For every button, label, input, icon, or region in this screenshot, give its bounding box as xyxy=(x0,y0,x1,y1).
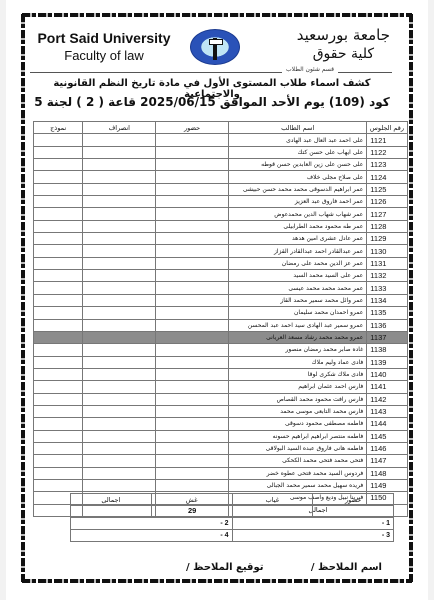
student-name: على احمد عبد العال عبد الهادى xyxy=(229,134,367,146)
table-row: 1135عمرو احمدان محمد سليمان xyxy=(34,307,408,319)
table-row: 1126عمر احمد فاروق عبد العزيز xyxy=(34,196,408,208)
attendance-cell[interactable] xyxy=(156,368,229,380)
exam-details: كود (109) يوم الأحد الموافق 2025/06/15 ق… xyxy=(30,95,394,109)
student-name: فادى عماد وليم ملاك xyxy=(229,356,367,368)
departure-cell[interactable] xyxy=(83,196,156,208)
summary-item-1: 1 - xyxy=(232,518,394,530)
student-name: عمر طه محمود محمد الطرابيلى xyxy=(229,220,367,232)
seat-number: 1136 xyxy=(367,319,408,331)
departure-cell[interactable] xyxy=(83,381,156,393)
student-name: عمر عادل عشرى امين هدهد xyxy=(229,233,367,245)
summary-header-absent: غياب xyxy=(232,494,313,506)
form-cell[interactable] xyxy=(34,134,83,146)
attendance-cell[interactable] xyxy=(156,381,229,393)
seat-number: 1123 xyxy=(367,159,408,171)
departure-cell[interactable] xyxy=(83,344,156,356)
summary-line-2: 3 - 4 - xyxy=(71,530,394,542)
table-row: 1148فردوس السيد محمد فتحى عطوه خضر xyxy=(34,467,408,479)
student-name: على ايهاب على حسن كتك xyxy=(229,146,367,158)
attendance-cell[interactable] xyxy=(156,245,229,257)
summary-present-value xyxy=(313,506,394,518)
form-cell[interactable] xyxy=(34,368,83,380)
form-cell[interactable] xyxy=(34,418,83,430)
table-row: 1149فريده سهيل محمد سمير محمد الجبالى xyxy=(34,479,408,491)
university-name-en: Port Said University xyxy=(34,30,174,46)
summary-item-4: 4 - xyxy=(71,530,233,542)
departure-cell[interactable] xyxy=(83,307,156,319)
border-bottom xyxy=(22,579,412,583)
column-header-attendance: حضور xyxy=(156,122,229,134)
table-row: 1132عمر على السيد محمد السيد xyxy=(34,270,408,282)
university-name-ar: جامعة بورسعيد xyxy=(297,26,390,44)
departure-cell[interactable] xyxy=(83,479,156,491)
lighthouse-top xyxy=(209,39,223,45)
attendance-cell[interactable] xyxy=(156,455,229,467)
arabic-header: جامعة بورسعيد كلية حقوق xyxy=(297,26,390,62)
table-row: 1128عمر طه محمود محمد الطرابيلى xyxy=(34,220,408,232)
form-cell[interactable] xyxy=(34,479,83,491)
departure-cell[interactable] xyxy=(83,245,156,257)
seat-number: 1141 xyxy=(367,381,408,393)
table-row: 1129عمر عادل عشرى امين هدهد xyxy=(34,233,408,245)
table-row: 1127عمر شهاب شهاب الدين محمدعوض xyxy=(34,208,408,220)
attendance-cell[interactable] xyxy=(156,220,229,232)
seat-number: 1130 xyxy=(367,245,408,257)
departure-cell[interactable] xyxy=(83,418,156,430)
seat-number: 1137 xyxy=(367,331,408,343)
form-cell[interactable] xyxy=(34,356,83,368)
attendance-cell[interactable] xyxy=(156,319,229,331)
seat-number: 1139 xyxy=(367,356,408,368)
seat-number: 1124 xyxy=(367,171,408,183)
summary-total-value xyxy=(71,506,152,518)
attendance-cell[interactable] xyxy=(156,159,229,171)
table-row: 1124على صلاح مجلى خلاف xyxy=(34,171,408,183)
departure-cell[interactable] xyxy=(83,294,156,306)
departure-cell[interactable] xyxy=(83,467,156,479)
seat-number: 1135 xyxy=(367,307,408,319)
form-cell[interactable] xyxy=(34,245,83,257)
attendance-cell[interactable] xyxy=(156,405,229,417)
departure-cell[interactable] xyxy=(83,146,156,158)
attendance-cell[interactable] xyxy=(156,233,229,245)
table-row: 1131عمر عز الدين محمد على رمضان xyxy=(34,257,408,269)
table-row: 1141فارس احمد عثمان ابراهيم xyxy=(34,381,408,393)
form-cell[interactable] xyxy=(34,430,83,442)
summary-header-cheating: غش xyxy=(151,494,232,506)
faculty-name-en: Faculty of law xyxy=(34,48,174,63)
attendance-cell[interactable] xyxy=(156,307,229,319)
attendance-cell[interactable] xyxy=(156,208,229,220)
departure-cell[interactable] xyxy=(83,134,156,146)
faculty-name-ar: كلية حقوق xyxy=(297,46,390,62)
summary-item-2: 2 - xyxy=(71,518,233,530)
student-name: فارس رافت محمود محمد القصاص xyxy=(229,393,367,405)
table-row: 1123على حسن على زين العابدين حسن قوطه xyxy=(34,159,408,171)
seat-number: 1125 xyxy=(367,183,408,195)
seat-number: 1143 xyxy=(367,405,408,417)
attendance-cell[interactable] xyxy=(156,344,229,356)
table-row: 1144فاطمه مصطفى محمود دسوقى xyxy=(34,418,408,430)
seat-number: 1127 xyxy=(367,208,408,220)
form-cell[interactable] xyxy=(34,455,83,467)
table-row: 1125عمر ابراهيم الدسوقى محمد محمد حسن حب… xyxy=(34,183,408,195)
seat-number: 1133 xyxy=(367,282,408,294)
student-name: عمر عبدالقادر احمد عبدالقادر القزاز xyxy=(229,245,367,257)
student-name: فتحى محمد فتحى محمد الكحكى xyxy=(229,455,367,467)
attendance-cell[interactable] xyxy=(156,134,229,146)
attendance-cell[interactable] xyxy=(156,294,229,306)
student-name: عمر عز الدين محمد على رمضان xyxy=(229,257,367,269)
student-name: عمر ابراهيم الدسوقى محمد محمد حسن حبيشى xyxy=(229,183,367,195)
departure-cell[interactable] xyxy=(83,220,156,232)
column-header-departure: انصراف xyxy=(83,122,156,134)
departure-cell[interactable] xyxy=(83,183,156,195)
departure-cell[interactable] xyxy=(83,405,156,417)
departure-cell[interactable] xyxy=(83,430,156,442)
student-name: فاطمه منتصر ابراهيم ابراهيم حسونه xyxy=(229,430,367,442)
departure-cell[interactable] xyxy=(83,393,156,405)
attendance-cell[interactable] xyxy=(156,171,229,183)
table-row: 1138غاده صابر محمد رمضان منصور xyxy=(34,344,408,356)
departure-cell[interactable] xyxy=(83,208,156,220)
attendance-cell[interactable] xyxy=(156,479,229,491)
student-name: عمرو احمدان محمد سليمان xyxy=(229,307,367,319)
departure-cell[interactable] xyxy=(83,282,156,294)
seat-number: 1129 xyxy=(367,233,408,245)
form-cell[interactable] xyxy=(34,319,83,331)
summary-values-row xyxy=(71,506,394,518)
form-cell[interactable] xyxy=(34,467,83,479)
departure-cell[interactable] xyxy=(83,171,156,183)
university-logo-icon xyxy=(190,29,240,65)
attendance-cell[interactable] xyxy=(156,442,229,454)
form-cell[interactable] xyxy=(34,282,83,294)
attendance-cell[interactable] xyxy=(156,356,229,368)
form-cell[interactable] xyxy=(34,331,83,343)
summary-cheating-value xyxy=(151,506,232,518)
attendance-cell[interactable] xyxy=(156,257,229,269)
student-name: فادى ملاك شكرى لوقا xyxy=(229,368,367,380)
table-row: 1139فادى عماد وليم ملاك xyxy=(34,356,408,368)
student-name: عمر على السيد محمد السيد xyxy=(229,270,367,282)
seat-number: 1122 xyxy=(367,146,408,158)
border-right xyxy=(409,14,413,582)
form-cell[interactable] xyxy=(34,257,83,269)
student-name: عمرو سمير عبد الهادى سيد احمد عبد المحسن xyxy=(229,319,367,331)
form-cell[interactable] xyxy=(34,393,83,405)
attendance-cell[interactable] xyxy=(156,430,229,442)
student-name: فاطمه هانى فاروق عبده السيد البولاقى xyxy=(229,442,367,454)
form-cell[interactable] xyxy=(34,307,83,319)
table-header-row: رقم الجلوس اسم الطالب حضور انصراف نموذج xyxy=(34,122,408,134)
form-cell[interactable] xyxy=(34,344,83,356)
table-row: 1130عمر عبدالقادر احمد عبدالقادر القزاز xyxy=(34,245,408,257)
departure-cell[interactable] xyxy=(83,319,156,331)
student-name: فردوس السيد محمد فتحى عطوه خضر xyxy=(229,467,367,479)
proctor-signature-label: توقيع الملاحظ / xyxy=(186,562,264,573)
student-name: عمر وائل محمد سمير محمد القاز xyxy=(229,294,367,306)
summary-header-total: اجمالى xyxy=(71,494,152,506)
form-cell[interactable] xyxy=(34,405,83,417)
seat-number: 1145 xyxy=(367,430,408,442)
seat-number: 1146 xyxy=(367,442,408,454)
form-cell[interactable] xyxy=(34,159,83,171)
seat-number: 1140 xyxy=(367,368,408,380)
border-left xyxy=(21,14,25,582)
summary-table: حضور غياب غش اجمالى 1 - 2 - 3 - 4 - xyxy=(70,493,394,542)
students-table: رقم الجلوس اسم الطالب حضور انصراف نموذج … xyxy=(33,121,408,517)
table-row: 1143فارس محمد التابعى موسى محمد xyxy=(34,405,408,417)
seat-number: 1134 xyxy=(367,294,408,306)
attendance-cell[interactable] xyxy=(156,196,229,208)
summary-header-row: حضور غياب غش اجمالى xyxy=(71,494,394,506)
seat-number: 1132 xyxy=(367,270,408,282)
form-cell[interactable] xyxy=(34,171,83,183)
table-row: 1145فاطمه منتصر ابراهيم ابراهيم حسونه xyxy=(34,430,408,442)
student-name: عمر شهاب شهاب الدين محمدعوض xyxy=(229,208,367,220)
student-name: عمرو محمد محمد رشاد مسعد العريانى xyxy=(229,331,367,343)
student-name: فارس احمد عثمان ابراهيم xyxy=(229,381,367,393)
form-cell[interactable] xyxy=(34,146,83,158)
proctor-name-label: اسم الملاحظ / xyxy=(311,562,382,573)
form-cell[interactable] xyxy=(34,270,83,282)
seat-number: 1131 xyxy=(367,257,408,269)
table-row: 1134عمر وائل محمد سمير محمد القاز xyxy=(34,294,408,306)
departure-cell[interactable] xyxy=(83,257,156,269)
departure-cell[interactable] xyxy=(83,159,156,171)
seat-number: 1147 xyxy=(367,455,408,467)
student-name: فاطمه مصطفى محمود دسوقى xyxy=(229,418,367,430)
attendance-cell[interactable] xyxy=(156,393,229,405)
attendance-cell[interactable] xyxy=(156,146,229,158)
table-row: 1136عمرو سمير عبد الهادى سيد احمد عبد ال… xyxy=(34,319,408,331)
form-cell[interactable] xyxy=(34,220,83,232)
table-row: 1137عمرو محمد محمد رشاد مسعد العريانى xyxy=(34,331,408,343)
column-header-name: اسم الطالب xyxy=(229,122,367,134)
departure-cell[interactable] xyxy=(83,442,156,454)
column-header-seat: رقم الجلوس xyxy=(367,122,408,134)
student-name: عمر محمد محمد محمد عيسى xyxy=(229,282,367,294)
student-name: عمر احمد فاروق عبد العزيز xyxy=(229,196,367,208)
table-row: 1140فادى ملاك شكرى لوقا xyxy=(34,368,408,380)
departure-cell[interactable] xyxy=(83,233,156,245)
departure-cell[interactable] xyxy=(83,331,156,343)
seat-number: 1149 xyxy=(367,479,408,491)
form-cell[interactable] xyxy=(34,381,83,393)
student-name: فريده سهيل محمد سمير محمد الجبالى xyxy=(229,479,367,491)
form-cell[interactable] xyxy=(34,196,83,208)
seat-number: 1138 xyxy=(367,344,408,356)
student-name: غاده صابر محمد رمضان منصور xyxy=(229,344,367,356)
form-cell[interactable] xyxy=(34,294,83,306)
summary-absent-value xyxy=(232,506,313,518)
table-row: 1147فتحى محمد فتحى محمد الكحكى xyxy=(34,455,408,467)
summary-line-1: 1 - 2 - xyxy=(71,518,394,530)
student-name: فارس محمد التابعى موسى محمد xyxy=(229,405,367,417)
summary-item-3: 3 - xyxy=(232,530,394,542)
student-name: على حسن على زين العابدين حسن قوطه xyxy=(229,159,367,171)
summary-header-present: حضور xyxy=(313,494,394,506)
table-row: 1133عمر محمد محمد محمد عيسى xyxy=(34,282,408,294)
departure-cell[interactable] xyxy=(83,356,156,368)
form-cell[interactable] xyxy=(34,208,83,220)
english-header: Port Said University Faculty of law xyxy=(34,30,174,63)
seat-number: 1126 xyxy=(367,196,408,208)
column-header-form: نموذج xyxy=(34,122,83,134)
form-cell[interactable] xyxy=(34,233,83,245)
attendance-cell[interactable] xyxy=(156,282,229,294)
seat-number: 1142 xyxy=(367,393,408,405)
seat-number: 1121 xyxy=(367,134,408,146)
table-row: 1122على ايهاب على حسن كتك xyxy=(34,146,408,158)
student-name: على صلاح مجلى خلاف xyxy=(229,171,367,183)
table-row: 1146فاطمه هانى فاروق عبده السيد البولاقى xyxy=(34,442,408,454)
departure-cell[interactable] xyxy=(83,270,156,282)
form-cell[interactable] xyxy=(34,183,83,195)
table-row: 1121على احمد عبد العال عبد الهادى xyxy=(34,134,408,146)
form-cell[interactable] xyxy=(34,442,83,454)
departure-cell[interactable] xyxy=(83,368,156,380)
department-label: قسم شئون الطلاب xyxy=(282,66,338,73)
attendance-cell[interactable] xyxy=(156,331,229,343)
seat-number: 1128 xyxy=(367,220,408,232)
attendance-cell[interactable] xyxy=(156,183,229,195)
border-top xyxy=(22,13,412,17)
attendance-cell[interactable] xyxy=(156,270,229,282)
attendance-cell[interactable] xyxy=(156,418,229,430)
seat-number: 1148 xyxy=(367,467,408,479)
table-row: 1142فارس رافت محمود محمد القصاص xyxy=(34,393,408,405)
departure-cell[interactable] xyxy=(83,455,156,467)
seat-number: 1144 xyxy=(367,418,408,430)
attendance-cell[interactable] xyxy=(156,467,229,479)
